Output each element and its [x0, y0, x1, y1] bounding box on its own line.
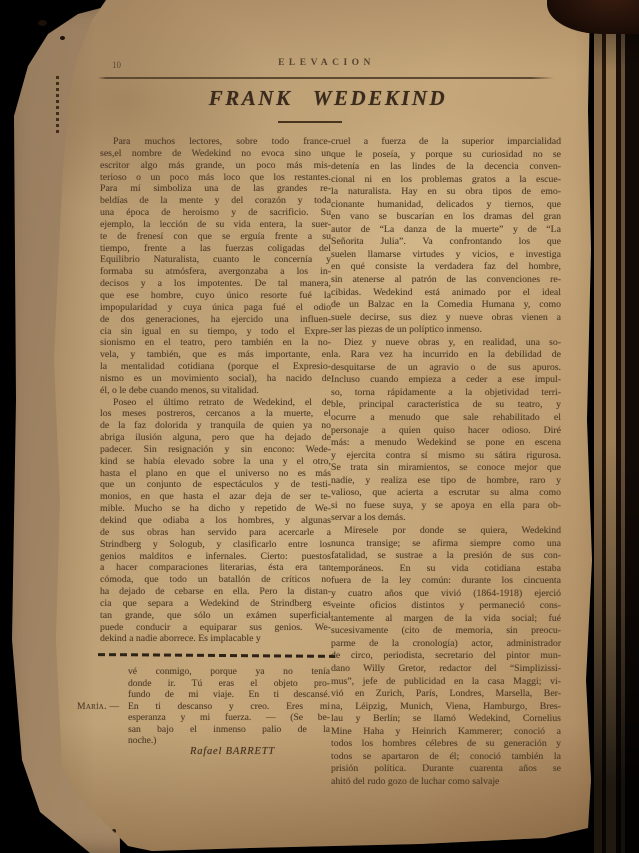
- text-line: vela, y también, que es más importante, …: [100, 349, 331, 361]
- text-line: Señorita Julia”. Va confrontando los que: [331, 236, 561, 249]
- text-line: cia que separa a Wedekind de Strindberg …: [100, 598, 331, 610]
- text-line: vió en Zurich, París, Londres, Marsella,…: [331, 688, 561, 701]
- text-line: mus”, jefe de publicidad en la casa Magg…: [331, 676, 561, 689]
- text-line: y ejercita contra sí mismo su sátira rig…: [331, 450, 561, 463]
- text-line: sin atenerse al patrón de las convencion…: [331, 274, 561, 287]
- text-line: Diez y nueve obras y, en realidad, una s…: [331, 337, 561, 350]
- text-line: fatalidad, se sustrae a la presión de su…: [331, 550, 561, 563]
- text-line: detenía en las lindes de la decencia con…: [331, 161, 561, 174]
- text-line: los meses postreros, cercanos a la muert…: [100, 408, 331, 420]
- text-line: tiempo, frente a las fuerzas coligadas d…: [100, 243, 331, 255]
- article-column-right: cruel a fuerza de la superior imparciali…: [331, 136, 561, 788]
- text-line: de la faz dolorida y tranquila de quien …: [100, 420, 331, 432]
- text-line: tantemente al margen de la vida social; …: [331, 613, 561, 626]
- text-line: que un conjunto de espectáculos y de tes…: [100, 479, 331, 491]
- header-rule: [98, 77, 554, 79]
- text-line: de circo, periodista, secretario del pin…: [331, 650, 561, 663]
- text-line: temporáneos. En su vida cotidiana estaba: [331, 563, 561, 576]
- text-line: cruel a fuerza de la superior imparciali…: [331, 136, 561, 149]
- footnote-line: vé conmigo, porque ya no tenía: [128, 666, 330, 678]
- text-line: suele decirse, sus diez y nueve obras vi…: [331, 312, 561, 325]
- text-line: que ese hombre, cuyo único resorte fué l…: [100, 290, 331, 302]
- text-line: una época de heroismo y de sacrificio. S…: [100, 207, 331, 219]
- text-line: de un Balzac en la Comedia Humana y, com…: [331, 299, 561, 312]
- text-line: ses,el nombre de Wedekind no evoca sino …: [100, 148, 331, 160]
- text-line: ble, principal característica de su teat…: [331, 399, 561, 412]
- text-line: so, torna rápidamente a la objetividad t…: [331, 387, 561, 400]
- text-line: en qué consiste la verdadera faz del hom…: [331, 261, 561, 274]
- text-line: Se trata sin miramientos, se conoce mejo…: [331, 462, 561, 475]
- paragraph: Poseo el último retrato de Wedekind, el …: [100, 397, 331, 646]
- text-line: nismo es un movimiento social), ha nacid…: [100, 373, 331, 385]
- footnote-line: María. —En ti descanso y creo. Eres mi: [128, 701, 330, 713]
- text-line: dekind que odiaba a los hombres, y algun…: [100, 515, 331, 527]
- paragraph: Para muchos lectores, sobre todo france-…: [100, 136, 331, 397]
- footnote-line: donde ir. Tú eras el objeto pro-: [128, 678, 330, 690]
- text-line: cómoda, que todo un batallón de críticos…: [100, 574, 331, 586]
- text-line: terioso o un poco más loco que los resta…: [100, 172, 331, 184]
- text-line: servar a los demás.: [331, 512, 561, 525]
- text-line: todos se apartaron de él; conoció tambié…: [331, 751, 561, 764]
- journal-title: ELEVACION: [98, 58, 555, 68]
- text-line: más: a menudo Wedekind se pone en escena: [331, 437, 561, 450]
- text-line: la mentalidad cotidiana (porque el Expre…: [100, 361, 331, 373]
- text-line: a hacer comparaciones literarias, ésta e…: [100, 562, 331, 574]
- text-line: te de frenesí con que se erguía frente a…: [100, 231, 331, 243]
- text-line: Equilibrio Naturalista, cuanto le concer…: [100, 254, 331, 266]
- text-line: la naturalista. Hay en su obra tipos de …: [331, 186, 561, 199]
- footnote-speaker: María. —: [77, 701, 119, 713]
- title-underline: [278, 121, 342, 123]
- text-line: fuera de la ley común: durante los cincu…: [331, 575, 561, 588]
- text-line: ahitó del rudo gozo de luchar como salva…: [331, 776, 561, 789]
- text-line: Incluso cuando empieza a ceder a ese imp…: [331, 374, 561, 387]
- text-line: de dos generaciones, ha ejercido una inf…: [100, 314, 331, 326]
- text-line: impopularidad y cuya única paga fué el o…: [100, 302, 331, 314]
- text-line: monios, en que hasta el azar deja de ser…: [100, 491, 331, 503]
- text-line: sucesivamente (cito de memoria, sin preo…: [331, 625, 561, 638]
- text-line: puede conducir a equiparar sus genios. W…: [100, 622, 331, 634]
- text-line: Míresele por donde se quiera, Wedekind: [331, 525, 561, 538]
- binding-stitch-marks: [56, 76, 59, 133]
- footnote-dashed-rule: [98, 653, 335, 657]
- text-line: de sus obras han servido para acercarle …: [100, 527, 331, 539]
- text-line: cionante humanidad, delicados y tiernos,…: [331, 199, 561, 212]
- text-line: que le poseía, y porque su curiosidad no…: [331, 149, 561, 162]
- footnote-quote: vé conmigo, porque ya no teníadonde ir. …: [128, 666, 330, 747]
- text-line: cional ni en los problemas gratos a la e…: [331, 174, 561, 187]
- text-line: dekind a nadie aborrece. Es implacable y: [100, 633, 331, 645]
- paper-speck: [60, 36, 65, 40]
- text-line: todos los hombres célebres de su generac…: [331, 738, 561, 751]
- text-line: ha dejado de cebarse en ella. Pero la di…: [100, 586, 331, 598]
- text-line: formaba su atmósfera, avergonzaba a los …: [100, 266, 331, 278]
- text-line: él, o le debe cuando menos, su vitalidad…: [100, 385, 331, 397]
- text-line: lau y Berlín; se llamó Wedekind, Corneli…: [331, 713, 561, 726]
- text-line: ser las piezas de un políptico inmenso.: [331, 324, 561, 337]
- text-line: nadie, y realiza ese tipo de hombre, rar…: [331, 475, 561, 488]
- text-line: dano Willy Gretor, redactor del “Simpliz…: [331, 663, 561, 676]
- text-line: padecer. Sin resignación y sin encono: W…: [100, 444, 331, 456]
- text-line: cia sin igual en su tiempo, y todo el Ex…: [100, 326, 331, 338]
- text-line: autor de “La danza de la muerte” y de “L…: [331, 224, 561, 237]
- text-line: ejemplo, la lección de su vida entera, l…: [100, 219, 331, 231]
- text-line: abriga ilusión alguna, pero que ha dejad…: [100, 432, 331, 444]
- text-line: prisión política. Durante cuarenta años …: [331, 763, 561, 776]
- text-line: desquitarse de un agravio o de sus apuro…: [331, 362, 561, 375]
- article-title: FRANK WEDEKIND: [98, 86, 558, 111]
- paper-speck: [38, 20, 47, 26]
- text-line: suelen llamarse virtudes y vicios, e inv…: [331, 249, 561, 262]
- scanned-magazine-page-photo: 10 ELEVACION FRANK WEDEKIND Para muchos …: [0, 0, 639, 853]
- text-line: nunca transige; se afirma siempre como u…: [331, 538, 561, 551]
- text-line: hasta el plano en que el universo no es …: [100, 468, 331, 480]
- footnote-line: fundo de mi viaje. En ti descansé.: [128, 689, 330, 701]
- paragraph: Míresele por donde se quiera, Wedekindnu…: [331, 525, 561, 788]
- footnote-author-signature: Rafael BARRETT: [190, 746, 275, 757]
- text-line: escritor algo más grande, un poco más mi…: [100, 160, 331, 172]
- text-line: personaje a quien quiso hacer odioso. Di…: [331, 425, 561, 438]
- text-line: mible. Mucho se ha dicho y repetido de W…: [100, 503, 331, 515]
- text-line: en vano se buscarían en los dramas del g…: [331, 211, 561, 224]
- text-line: tan grande, que sólo un exámen superfici…: [100, 610, 331, 622]
- text-line: Mine Haha y Heinrich Kammerer; conoció a: [331, 726, 561, 739]
- stacked-page-edges: [594, 0, 639, 853]
- text-line: parme de la cronología) actor, administr…: [331, 638, 561, 651]
- text-line: si no fuese suya, y se apoya en ella par…: [331, 500, 561, 513]
- text-line: Para muchos lectores, sobre todo france-: [100, 136, 331, 148]
- article-column-left: Para muchos lectores, sobre todo france-…: [100, 136, 331, 645]
- footnote-line: san bajo el inmenso palio de la: [128, 724, 330, 736]
- footnote-line: noche.): [128, 735, 330, 747]
- text-line: sionismo en el teatro, pero también en l…: [100, 337, 331, 349]
- text-line: ocurre a menudo que sale rehabilitado el: [331, 412, 561, 425]
- text-line: veinte oficios distintos y permaneció co…: [331, 600, 561, 613]
- text-line: kind se había elevado sobre la una y el …: [100, 456, 331, 468]
- text-line: Strindberg y Sologub, y clasificarlo ent…: [100, 539, 331, 551]
- text-line: la. Rara vez ha incurrido en la debilida…: [331, 349, 561, 362]
- footnote-line: esperanza y mi fuerza. — (Se be-: [128, 712, 330, 724]
- text-line: Poseo el último retrato de Wedekind, el …: [100, 397, 331, 409]
- text-line: genios malditos e infernales. Cierto: pu…: [100, 551, 331, 563]
- text-line: y cuatro años que vivió (1864-1918) ejer…: [331, 588, 561, 601]
- text-line: cibidas. Wedekind está animado por el id…: [331, 287, 561, 300]
- paragraph: cruel a fuerza de la superior imparciali…: [331, 136, 561, 337]
- text-line: beldías de la mente y del corazón y toda: [100, 195, 331, 207]
- text-line: Para mí simboliza una de las grandes re-: [100, 183, 331, 195]
- paragraph: Diez y nueve obras y, en realidad, una s…: [331, 337, 561, 525]
- text-line: na, Léipzig, Munich, Viena, Hamburgo, Br…: [331, 701, 561, 714]
- text-line: valioso, que acierta a escrutar su alma …: [331, 487, 561, 500]
- magazine-page: 10 ELEVACION FRANK WEDEKIND Para muchos …: [0, 0, 639, 853]
- text-line: decisos y a los impotentes. De tal maner…: [100, 278, 331, 290]
